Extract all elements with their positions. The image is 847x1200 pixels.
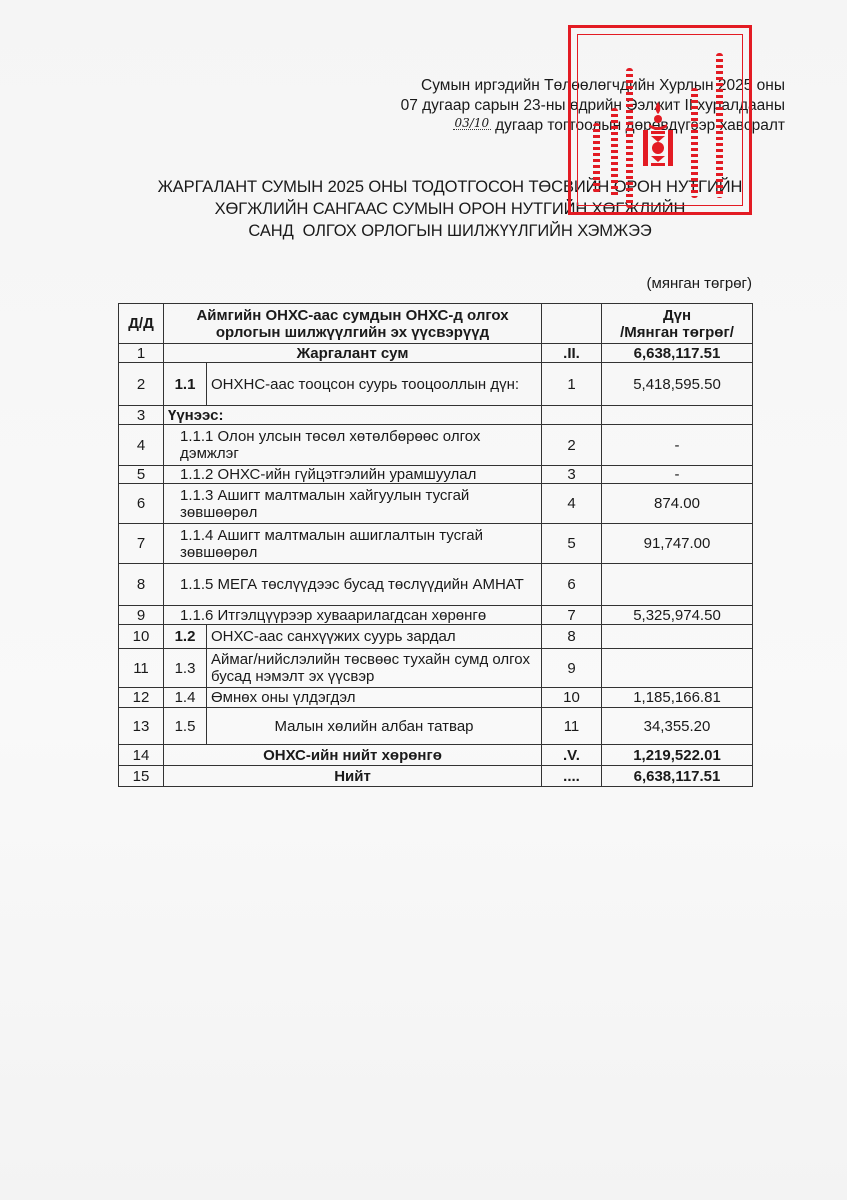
row-amount [602,406,753,425]
row-amount: 91,747.00 [602,524,753,564]
row-amount: 5,325,974.50 [602,606,753,625]
row-amount: 874.00 [602,484,753,524]
table-row: 111.3Аймаг/нийслэлийн төсвөөс тухайн сум… [119,649,753,688]
row-label: 1.1.1 Олон улсын төсөл хөтөлбөрөөс олгох… [164,425,542,466]
row-label: 1.1.3 Ашигт малтмалын хайгуулын тусгай з… [164,484,542,524]
header-line-1: Сумын иргэдийн Төлөөлөгчдийн Хурлын 2025… [401,76,785,96]
table-row: 21.1ОНХНС-аас тооцсон суурь тооцооллын д… [119,363,753,406]
row-number: 10 [119,625,164,649]
row-number: 14 [119,745,164,766]
row-amount: 6,638,117.51 [602,766,753,787]
row-subsection: 1.4 [164,688,207,708]
row-subsection: 1.5 [164,708,207,745]
title-line-3: САНД ОЛГОХ ОРЛОГЫН ШИЛЖҮҮЛГИЙН ХЭМЖЭЭ [110,220,790,242]
row-label: Малын хөлийн албан татвар [207,708,542,745]
table-row: 121.4Өмнөх оны үлдэгдэл101,185,166.81 [119,688,753,708]
row-amount: 1,219,522.01 [602,745,753,766]
row-label: Өмнөх оны үлдэгдэл [207,688,542,708]
row-label: ОНХС-ийн нийт хөрөнгө [164,745,542,766]
row-code: .V. [542,745,602,766]
unit-note: (мянган төгрөг) [647,275,752,292]
row-amount: 1,185,166.81 [602,688,753,708]
row-label: Үүнээс: [164,406,542,425]
row-label: ОНХС-аас санхүүжих суурь зардал [207,625,542,649]
row-subsection: 1.1 [164,363,207,406]
table-row: 81.1.5 МЕГА төслүүдээс бусад төслүүдийн … [119,564,753,606]
table-row: 15Нийт....6,638,117.51 [119,766,753,787]
row-label: Жаргалант сум [164,344,542,363]
header-num: Д/Д [119,304,164,344]
table-row: 71.1.4 Ашигт малтмалын ашиглалтын тусгай… [119,524,753,564]
row-number: 1 [119,344,164,363]
row-amount: 6,638,117.51 [602,344,753,363]
handwritten-resolution-number: 03/10 [453,117,492,130]
title-line-1: ЖАРГАЛАНТ СУМЫН 2025 ОНЫ ТОДОТГОСОН ТӨСВ… [110,176,790,198]
row-code [542,406,602,425]
title-line-2: ХӨГЖЛИЙН САНГААС СУМЫН ОРОН НУТГИЙН ХӨГЖ… [110,198,790,220]
row-amount: 34,355.20 [602,708,753,745]
header-amount: Дүн/Мянган төгрөг/ [602,304,753,344]
row-code: 2 [542,425,602,466]
row-number: 6 [119,484,164,524]
row-code: 11 [542,708,602,745]
table-row: 51.1.2 ОНХС-ийн гүйцэтгэлийн урамшуулал3… [119,466,753,484]
row-number: 9 [119,606,164,625]
row-number: 15 [119,766,164,787]
table-row: 1Жаргалант сум.II.6,638,117.51 [119,344,753,363]
row-subsection: 1.3 [164,649,207,688]
header-line-2: 07 дугаар сарын 23-ны өдрийн Ээлжит II х… [401,96,785,116]
row-code: .II. [542,344,602,363]
row-amount [602,649,753,688]
row-subsection: 1.2 [164,625,207,649]
row-amount [602,625,753,649]
header-source: Аймгийн ОНХС-аас сумдын ОНХС-д олгох орл… [164,304,542,344]
row-label: 1.1.4 Ашигт малтмалын ашиглалтын тусгай … [164,524,542,564]
row-number: 8 [119,564,164,606]
row-code: 6 [542,564,602,606]
row-label: 1.1.5 МЕГА төслүүдээс бусад төслүүдийн А… [164,564,542,606]
row-code: 5 [542,524,602,564]
table-row: 3Үүнээс: [119,406,753,425]
row-number: 4 [119,425,164,466]
table-row: 91.1.6 Итгэлцүүрээр хуваарилагдсан хөрөн… [119,606,753,625]
document-title: ЖАРГАЛАНТ СУМЫН 2025 ОНЫ ТОДОТГОСОН ТӨСВ… [110,176,790,242]
row-amount: 5,418,595.50 [602,363,753,406]
row-label: 1.1.2 ОНХС-ийн гүйцэтгэлийн урамшуулал [164,466,542,484]
table-row: 14ОНХС-ийн нийт хөрөнгө.V.1,219,522.01 [119,745,753,766]
header-amount-line1: Дүн [606,307,748,324]
row-number: 13 [119,708,164,745]
row-label: Нийт [164,766,542,787]
row-code: 10 [542,688,602,708]
row-code: 9 [542,649,602,688]
row-amount [602,564,753,606]
row-number: 7 [119,524,164,564]
resolution-reference: Сумын иргэдийн Төлөөлөгчдийн Хурлын 2025… [401,76,785,136]
table-row: 131.5Малын хөлийн албан татвар1134,355.2… [119,708,753,745]
row-label: 1.1.6 Итгэлцүүрээр хуваарилагдсан хөрөнг… [164,606,542,625]
row-number: 3 [119,406,164,425]
row-number: 2 [119,363,164,406]
header-amount-line2: /Мянган төгрөг/ [606,324,748,341]
row-number: 12 [119,688,164,708]
row-code: 1 [542,363,602,406]
header-line-3: 03/10дугаар тогтоолын дөрөвдүгээр хавсра… [401,116,785,136]
row-number: 5 [119,466,164,484]
row-code: 3 [542,466,602,484]
header-line-3-text: дугаар тогтоолын дөрөвдүгээр хавсралт [495,117,785,134]
row-label: Аймаг/нийслэлийн төсвөөс тухайн сумд олг… [207,649,542,688]
table-header-row: Д/Д Аймгийн ОНХС-аас сумдын ОНХС-д олгох… [119,304,753,344]
row-code: .... [542,766,602,787]
row-amount: - [602,466,753,484]
row-label: ОНХНС-аас тооцсон суурь тооцооллын дүн: [207,363,542,406]
transfer-table: Д/Д Аймгийн ОНХС-аас сумдын ОНХС-д олгох… [118,303,753,787]
row-number: 11 [119,649,164,688]
table-row: 101.2ОНХС-аас санхүүжих суурь зардал8 [119,625,753,649]
table-row: 61.1.3 Ашигт малтмалын хайгуулын тусгай … [119,484,753,524]
table-body: 1Жаргалант сум.II.6,638,117.5121.1ОНХНС-… [119,344,753,787]
row-code: 7 [542,606,602,625]
row-amount: - [602,425,753,466]
row-code: 4 [542,484,602,524]
row-code: 8 [542,625,602,649]
table-row: 41.1.1 Олон улсын төсөл хөтөлбөрөөс олго… [119,425,753,466]
header-code [542,304,602,344]
